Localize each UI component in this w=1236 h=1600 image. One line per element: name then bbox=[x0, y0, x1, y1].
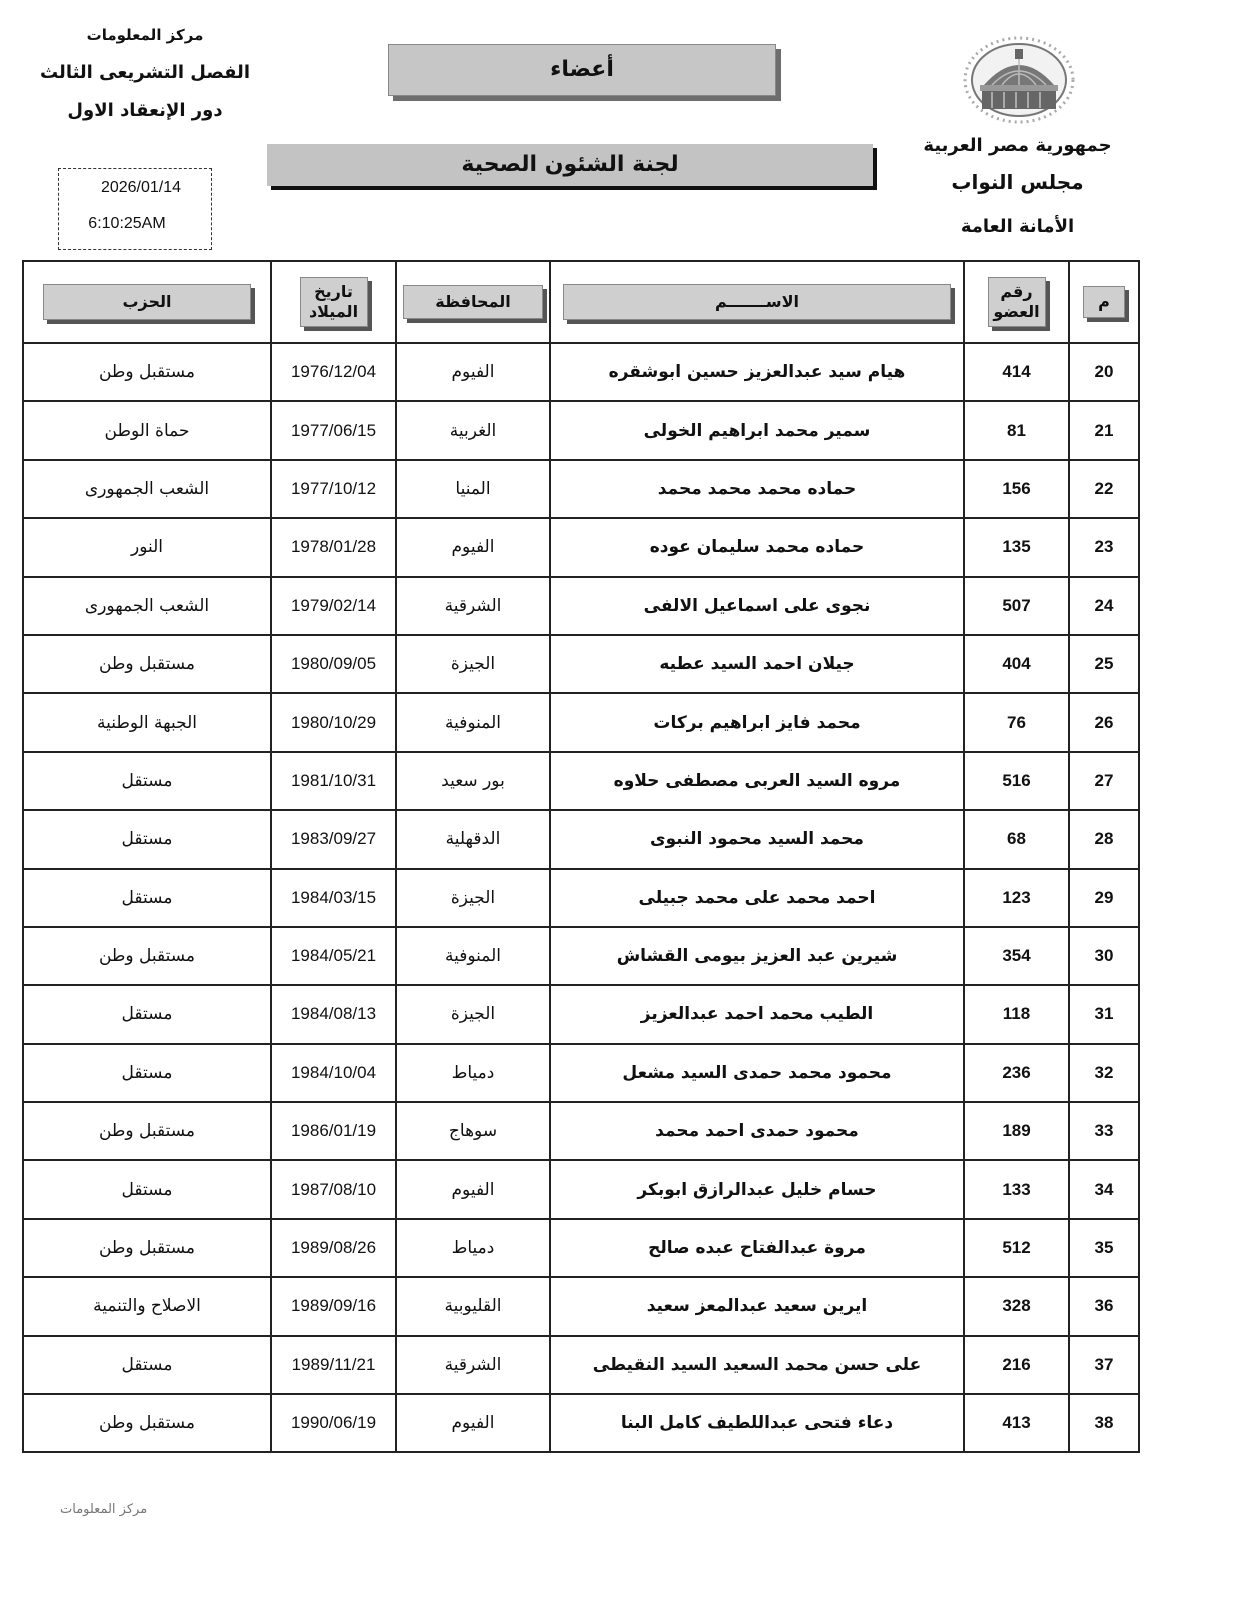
birth-date-cell: 1979/02/14 bbox=[271, 577, 396, 635]
governorate-cell: دمياط bbox=[396, 1219, 550, 1277]
party-cell: الجبهة الوطنية bbox=[23, 693, 271, 751]
birth-date-cell: 1984/03/15 bbox=[271, 869, 396, 927]
governorate-cell: بور سعيد bbox=[396, 752, 550, 810]
member-no-cell: 328 bbox=[964, 1277, 1069, 1335]
info-center-label: مركز المعلومات bbox=[40, 26, 250, 44]
member-name-cell: مروة عبدالفتاح عبده صالح bbox=[550, 1219, 964, 1277]
party-cell: مستقبل وطن bbox=[23, 343, 271, 401]
member-no-cell: 516 bbox=[964, 752, 1069, 810]
table-row: 36 328 ايرين سعيد عبدالمعز سعيد القليوبي… bbox=[23, 1277, 1139, 1335]
footer-info-center: مركز المعلومات bbox=[60, 1502, 147, 1517]
session-label: دور الإنعقاد الاول bbox=[40, 100, 250, 121]
member-no-cell: 414 bbox=[964, 343, 1069, 401]
print-date: 2026/01/14 bbox=[65, 179, 217, 197]
member-name-cell: محمد فايز ابراهيم بركات bbox=[550, 693, 964, 751]
governorate-cell: الجيزة bbox=[396, 869, 550, 927]
secretariat-label: الأمانة العامة bbox=[905, 216, 1130, 237]
birth-date-cell: 1989/11/21 bbox=[271, 1336, 396, 1394]
member-no-cell: 512 bbox=[964, 1219, 1069, 1277]
member-name-cell: حماده محمد سليمان عوده bbox=[550, 518, 964, 576]
birth-date-cell: 1986/01/19 bbox=[271, 1102, 396, 1160]
governorate-cell: دمياط bbox=[396, 1044, 550, 1102]
table-row: 25 404 جيلان احمد السيد عطيه الجيزة 1980… bbox=[23, 635, 1139, 693]
member-name-cell: دعاء فتحى عبداللطيف كامل البنا bbox=[550, 1394, 964, 1452]
birth-date-cell: 1989/08/26 bbox=[271, 1219, 396, 1277]
birth-date-cell: 1984/10/04 bbox=[271, 1044, 396, 1102]
governorate-cell: الجيزة bbox=[396, 985, 550, 1043]
table-row: 28 68 محمد السيد محمود النبوى الدقهلية 1… bbox=[23, 810, 1139, 868]
party-cell: الشعب الجمهورى bbox=[23, 577, 271, 635]
column-header-member-no: رقم العضو bbox=[964, 261, 1069, 343]
member-name-cell: الطيب محمد احمد عبدالعزيز bbox=[550, 985, 964, 1043]
serial-cell: 21 bbox=[1069, 401, 1139, 459]
table-row: 22 156 حماده محمد محمد محمد المنيا 1977/… bbox=[23, 460, 1139, 518]
party-cell: مستقبل وطن bbox=[23, 927, 271, 985]
party-cell: النور bbox=[23, 518, 271, 576]
birth-date-cell: 1980/09/05 bbox=[271, 635, 396, 693]
member-name-cell: سمير محمد ابراهيم الخولى bbox=[550, 401, 964, 459]
party-cell: مستقبل وطن bbox=[23, 1219, 271, 1277]
member-name-cell: محمود حمدى احمد محمد bbox=[550, 1102, 964, 1160]
member-no-cell: 189 bbox=[964, 1102, 1069, 1160]
member-no-cell: 413 bbox=[964, 1394, 1069, 1452]
governorate-cell: الجيزة bbox=[396, 635, 550, 693]
member-name-cell: حماده محمد محمد محمد bbox=[550, 460, 964, 518]
serial-cell: 25 bbox=[1069, 635, 1139, 693]
party-cell: مستقل bbox=[23, 1160, 271, 1218]
legislative-term-label: الفصل التشريعى الثالث bbox=[40, 62, 250, 83]
serial-cell: 29 bbox=[1069, 869, 1139, 927]
birth-date-cell: 1980/10/29 bbox=[271, 693, 396, 751]
member-no-cell: 156 bbox=[964, 460, 1069, 518]
table-row: 26 76 محمد فايز ابراهيم بركات المنوفية 1… bbox=[23, 693, 1139, 751]
governorate-cell: الدقهلية bbox=[396, 810, 550, 868]
member-name-cell: محمد السيد محمود النبوى bbox=[550, 810, 964, 868]
party-cell: مستقل bbox=[23, 752, 271, 810]
party-cell: مستقل bbox=[23, 869, 271, 927]
members-table: م رقم العضو الاســـــــم المحافظة تاريخ … bbox=[22, 260, 1140, 1453]
governorate-cell: سوهاج bbox=[396, 1102, 550, 1160]
member-name-cell: هيام سيد عبدالعزيز حسين ابوشقره bbox=[550, 343, 964, 401]
column-header-birth-date: تاريخ الميلاد bbox=[271, 261, 396, 343]
member-name-cell: جيلان احمد السيد عطيه bbox=[550, 635, 964, 693]
birth-date-cell: 1981/10/31 bbox=[271, 752, 396, 810]
member-no-cell: 507 bbox=[964, 577, 1069, 635]
birth-date-cell: 1977/06/15 bbox=[271, 401, 396, 459]
serial-cell: 22 bbox=[1069, 460, 1139, 518]
governorate-cell: القليوبية bbox=[396, 1277, 550, 1335]
governorate-cell: الغربية bbox=[396, 401, 550, 459]
party-cell: حماة الوطن bbox=[23, 401, 271, 459]
table-row: 35 512 مروة عبدالفتاح عبده صالح دمياط 19… bbox=[23, 1219, 1139, 1277]
column-header-governorate: المحافظة bbox=[396, 261, 550, 343]
birth-date-cell: 1976/12/04 bbox=[271, 343, 396, 401]
member-name-cell: ايرين سعيد عبدالمعز سعيد bbox=[550, 1277, 964, 1335]
governorate-cell: الفيوم bbox=[396, 1160, 550, 1218]
member-name-cell: محمود محمد حمدى السيد مشعل bbox=[550, 1044, 964, 1102]
governorate-cell: الفيوم bbox=[396, 343, 550, 401]
serial-cell: 31 bbox=[1069, 985, 1139, 1043]
serial-cell: 34 bbox=[1069, 1160, 1139, 1218]
serial-cell: 27 bbox=[1069, 752, 1139, 810]
column-header-party: الحزب bbox=[23, 261, 271, 343]
governorate-cell: الشرقية bbox=[396, 577, 550, 635]
table-row: 34 133 حسام خليل عبدالرازق ابوبكر الفيوم… bbox=[23, 1160, 1139, 1218]
member-no-cell: 76 bbox=[964, 693, 1069, 751]
member-no-cell: 133 bbox=[964, 1160, 1069, 1218]
table-header-row: م رقم العضو الاســـــــم المحافظة تاريخ … bbox=[23, 261, 1139, 343]
birth-date-cell: 1978/01/28 bbox=[271, 518, 396, 576]
serial-cell: 30 bbox=[1069, 927, 1139, 985]
member-no-cell: 236 bbox=[964, 1044, 1069, 1102]
member-no-cell: 135 bbox=[964, 518, 1069, 576]
member-name-cell: مروه السيد العربى مصطفى حلاوه bbox=[550, 752, 964, 810]
birth-date-cell: 1984/08/13 bbox=[271, 985, 396, 1043]
member-name-cell: حسام خليل عبدالرازق ابوبكر bbox=[550, 1160, 964, 1218]
member-no-cell: 81 bbox=[964, 401, 1069, 459]
birth-date-cell: 1987/08/10 bbox=[271, 1160, 396, 1218]
member-no-cell: 123 bbox=[964, 869, 1069, 927]
member-name-cell: على حسن محمد السعيد السيد النقيطى bbox=[550, 1336, 964, 1394]
member-name-cell: احمد محمد على محمد جبيلى bbox=[550, 869, 964, 927]
member-name-cell: نجوى على اسماعيل الالفى bbox=[550, 577, 964, 635]
serial-cell: 33 bbox=[1069, 1102, 1139, 1160]
governorate-cell: المنوفية bbox=[396, 927, 550, 985]
table-row: 38 413 دعاء فتحى عبداللطيف كامل البنا ال… bbox=[23, 1394, 1139, 1452]
members-title: أعضاء bbox=[388, 44, 776, 96]
member-no-cell: 216 bbox=[964, 1336, 1069, 1394]
party-cell: مستقبل وطن bbox=[23, 1394, 271, 1452]
committee-title: لجنة الشئون الصحية bbox=[267, 144, 873, 186]
table-row: 23 135 حماده محمد سليمان عوده الفيوم 197… bbox=[23, 518, 1139, 576]
birth-date-cell: 1983/09/27 bbox=[271, 810, 396, 868]
party-cell: مستقبل وطن bbox=[23, 635, 271, 693]
table-row: 32 236 محمود محمد حمدى السيد مشعل دمياط … bbox=[23, 1044, 1139, 1102]
party-cell: مستقل bbox=[23, 1044, 271, 1102]
serial-cell: 32 bbox=[1069, 1044, 1139, 1102]
table-row: 20 414 هيام سيد عبدالعزيز حسين ابوشقره ا… bbox=[23, 343, 1139, 401]
column-header-serial: م bbox=[1069, 261, 1139, 343]
parliament-emblem-icon bbox=[962, 35, 1076, 125]
country-name: جمهورية مصر العربية bbox=[905, 135, 1130, 156]
serial-cell: 37 bbox=[1069, 1336, 1139, 1394]
table-row: 33 189 محمود حمدى احمد محمد سوهاج 1986/0… bbox=[23, 1102, 1139, 1160]
house-name: مجلس النواب bbox=[905, 170, 1130, 194]
member-no-cell: 354 bbox=[964, 927, 1069, 985]
print-time: 6:10:25AM bbox=[51, 215, 203, 233]
governorate-cell: الفيوم bbox=[396, 1394, 550, 1452]
serial-cell: 38 bbox=[1069, 1394, 1139, 1452]
serial-cell: 20 bbox=[1069, 343, 1139, 401]
party-cell: مستقل bbox=[23, 1336, 271, 1394]
table-row: 29 123 احمد محمد على محمد جبيلى الجيزة 1… bbox=[23, 869, 1139, 927]
party-cell: مستقل bbox=[23, 810, 271, 868]
serial-cell: 35 bbox=[1069, 1219, 1139, 1277]
party-cell: مستقل bbox=[23, 985, 271, 1043]
serial-cell: 28 bbox=[1069, 810, 1139, 868]
print-timestamp-box: 2026/01/14 6:10:25AM bbox=[58, 168, 212, 250]
party-cell: الشعب الجمهورى bbox=[23, 460, 271, 518]
serial-cell: 36 bbox=[1069, 1277, 1139, 1335]
serial-cell: 24 bbox=[1069, 577, 1139, 635]
table-row: 24 507 نجوى على اسماعيل الالفى الشرقية 1… bbox=[23, 577, 1139, 635]
governorate-cell: المنوفية bbox=[396, 693, 550, 751]
table-row: 31 118 الطيب محمد احمد عبدالعزيز الجيزة … bbox=[23, 985, 1139, 1043]
member-no-cell: 68 bbox=[964, 810, 1069, 868]
governorate-cell: الشرقية bbox=[396, 1336, 550, 1394]
member-no-cell: 404 bbox=[964, 635, 1069, 693]
birth-date-cell: 1990/06/19 bbox=[271, 1394, 396, 1452]
party-cell: الاصلاح والتنمية bbox=[23, 1277, 271, 1335]
member-no-cell: 118 bbox=[964, 985, 1069, 1043]
table-row: 21 81 سمير محمد ابراهيم الخولى الغربية 1… bbox=[23, 401, 1139, 459]
birth-date-cell: 1977/10/12 bbox=[271, 460, 396, 518]
table-row: 37 216 على حسن محمد السعيد السيد النقيطى… bbox=[23, 1336, 1139, 1394]
table-row: 30 354 شيرين عبد العزيز بيومى القشاش الم… bbox=[23, 927, 1139, 985]
column-header-name: الاســـــــم bbox=[550, 261, 964, 343]
governorate-cell: المنيا bbox=[396, 460, 550, 518]
serial-cell: 23 bbox=[1069, 518, 1139, 576]
birth-date-cell: 1984/05/21 bbox=[271, 927, 396, 985]
governorate-cell: الفيوم bbox=[396, 518, 550, 576]
member-name-cell: شيرين عبد العزيز بيومى القشاش bbox=[550, 927, 964, 985]
table-row: 27 516 مروه السيد العربى مصطفى حلاوه بور… bbox=[23, 752, 1139, 810]
party-cell: مستقبل وطن bbox=[23, 1102, 271, 1160]
birth-date-cell: 1989/09/16 bbox=[271, 1277, 396, 1335]
serial-cell: 26 bbox=[1069, 693, 1139, 751]
